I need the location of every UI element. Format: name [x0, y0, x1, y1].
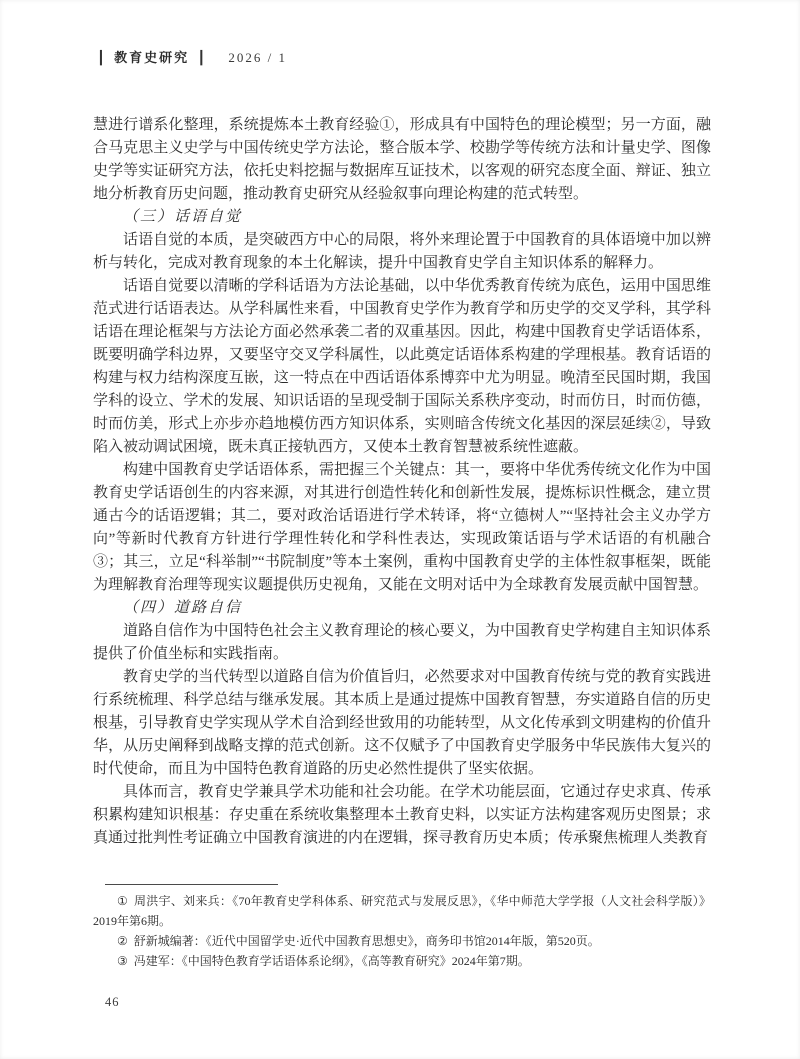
paragraph: 话语自觉的本质，是突破西方中心的局限，将外来理论置于中国教育的具体语境中加以辨析… — [93, 229, 711, 275]
footnote-marker: ② — [117, 934, 128, 948]
article-body: 慧进行谱系化整理，系统提炼本土教育经验①，形成具有中国特色的理论模型；另一方面，… — [93, 114, 711, 850]
header-bar-left-icon: ┃ — [97, 51, 106, 66]
paragraph: 教育史学的当代转型以道路自信为价值旨归，必然要求对中国教育传统与党的教育实践进行… — [93, 666, 711, 781]
section-heading-3: （三）话语自觉 — [93, 206, 711, 229]
paragraph-continued: 慧进行谱系化整理，系统提炼本土教育经验①，形成具有中国特色的理论模型；另一方面，… — [93, 114, 711, 206]
paragraph: 道路自信作为中国特色社会主义教育理论的核心要义，为中国教育史学构建自主知识体系提… — [93, 620, 711, 666]
journal-page: ┃ 教育史研究 ┃ 2026 / 1 慧进行谱系化整理，系统提炼本土教育经验①，… — [0, 0, 800, 1059]
footnotes: ①周洪宇、刘来兵：《70年教育史学科体系、研究范式与发展反思》，《华中师范大学学… — [93, 891, 711, 971]
footnote-marker: ③ — [117, 954, 128, 968]
footnote-separator — [105, 884, 278, 885]
footnote-marker: ① — [117, 894, 128, 908]
issue-label: 2026 / 1 — [228, 50, 287, 65]
footnote-3: ③冯建军：《中国特色教育学话语体系论纲》，《高等教育研究》2024年第7期。 — [93, 951, 711, 971]
footnote-2: ②舒新城编著：《近代中国留学史·近代中国教育思想史》，商务印书馆2014年版，第… — [93, 931, 711, 951]
page-header: ┃ 教育史研究 ┃ 2026 / 1 — [93, 50, 287, 67]
section-heading-4: （四）道路自信 — [93, 597, 711, 620]
journal-title: 教育史研究 — [114, 50, 189, 65]
footnote-1: ①周洪宇、刘来兵：《70年教育史学科体系、研究范式与发展反思》，《华中师范大学学… — [93, 891, 711, 931]
paragraph: 具体而言，教育史学兼具学术功能和社会功能。在学术功能层面，它通过存史求真、传承积… — [93, 781, 711, 850]
paragraph: 构建中国教育史学话语体系，需把握三个关键点：其一，要将中华优秀传统文化作为中国教… — [93, 459, 711, 597]
footnote-text: 冯建军：《中国特色教育学话语体系论纲》，《高等教育研究》2024年第7期。 — [134, 954, 530, 968]
footnote-text: 舒新城编著：《近代中国留学史·近代中国教育思想史》，商务印书馆2014年版，第5… — [134, 934, 600, 948]
paragraph: 话语自觉要以清晰的学科话语为方法论基础，以中华优秀教育传统为底色，运用中国思维范… — [93, 275, 711, 459]
header-bar-right-icon: ┃ — [197, 51, 206, 66]
page-number: 46 — [105, 995, 120, 1010]
footnote-text: 周洪宇、刘来兵：《70年教育史学科体系、研究范式与发展反思》，《华中师范大学学报… — [93, 894, 711, 928]
